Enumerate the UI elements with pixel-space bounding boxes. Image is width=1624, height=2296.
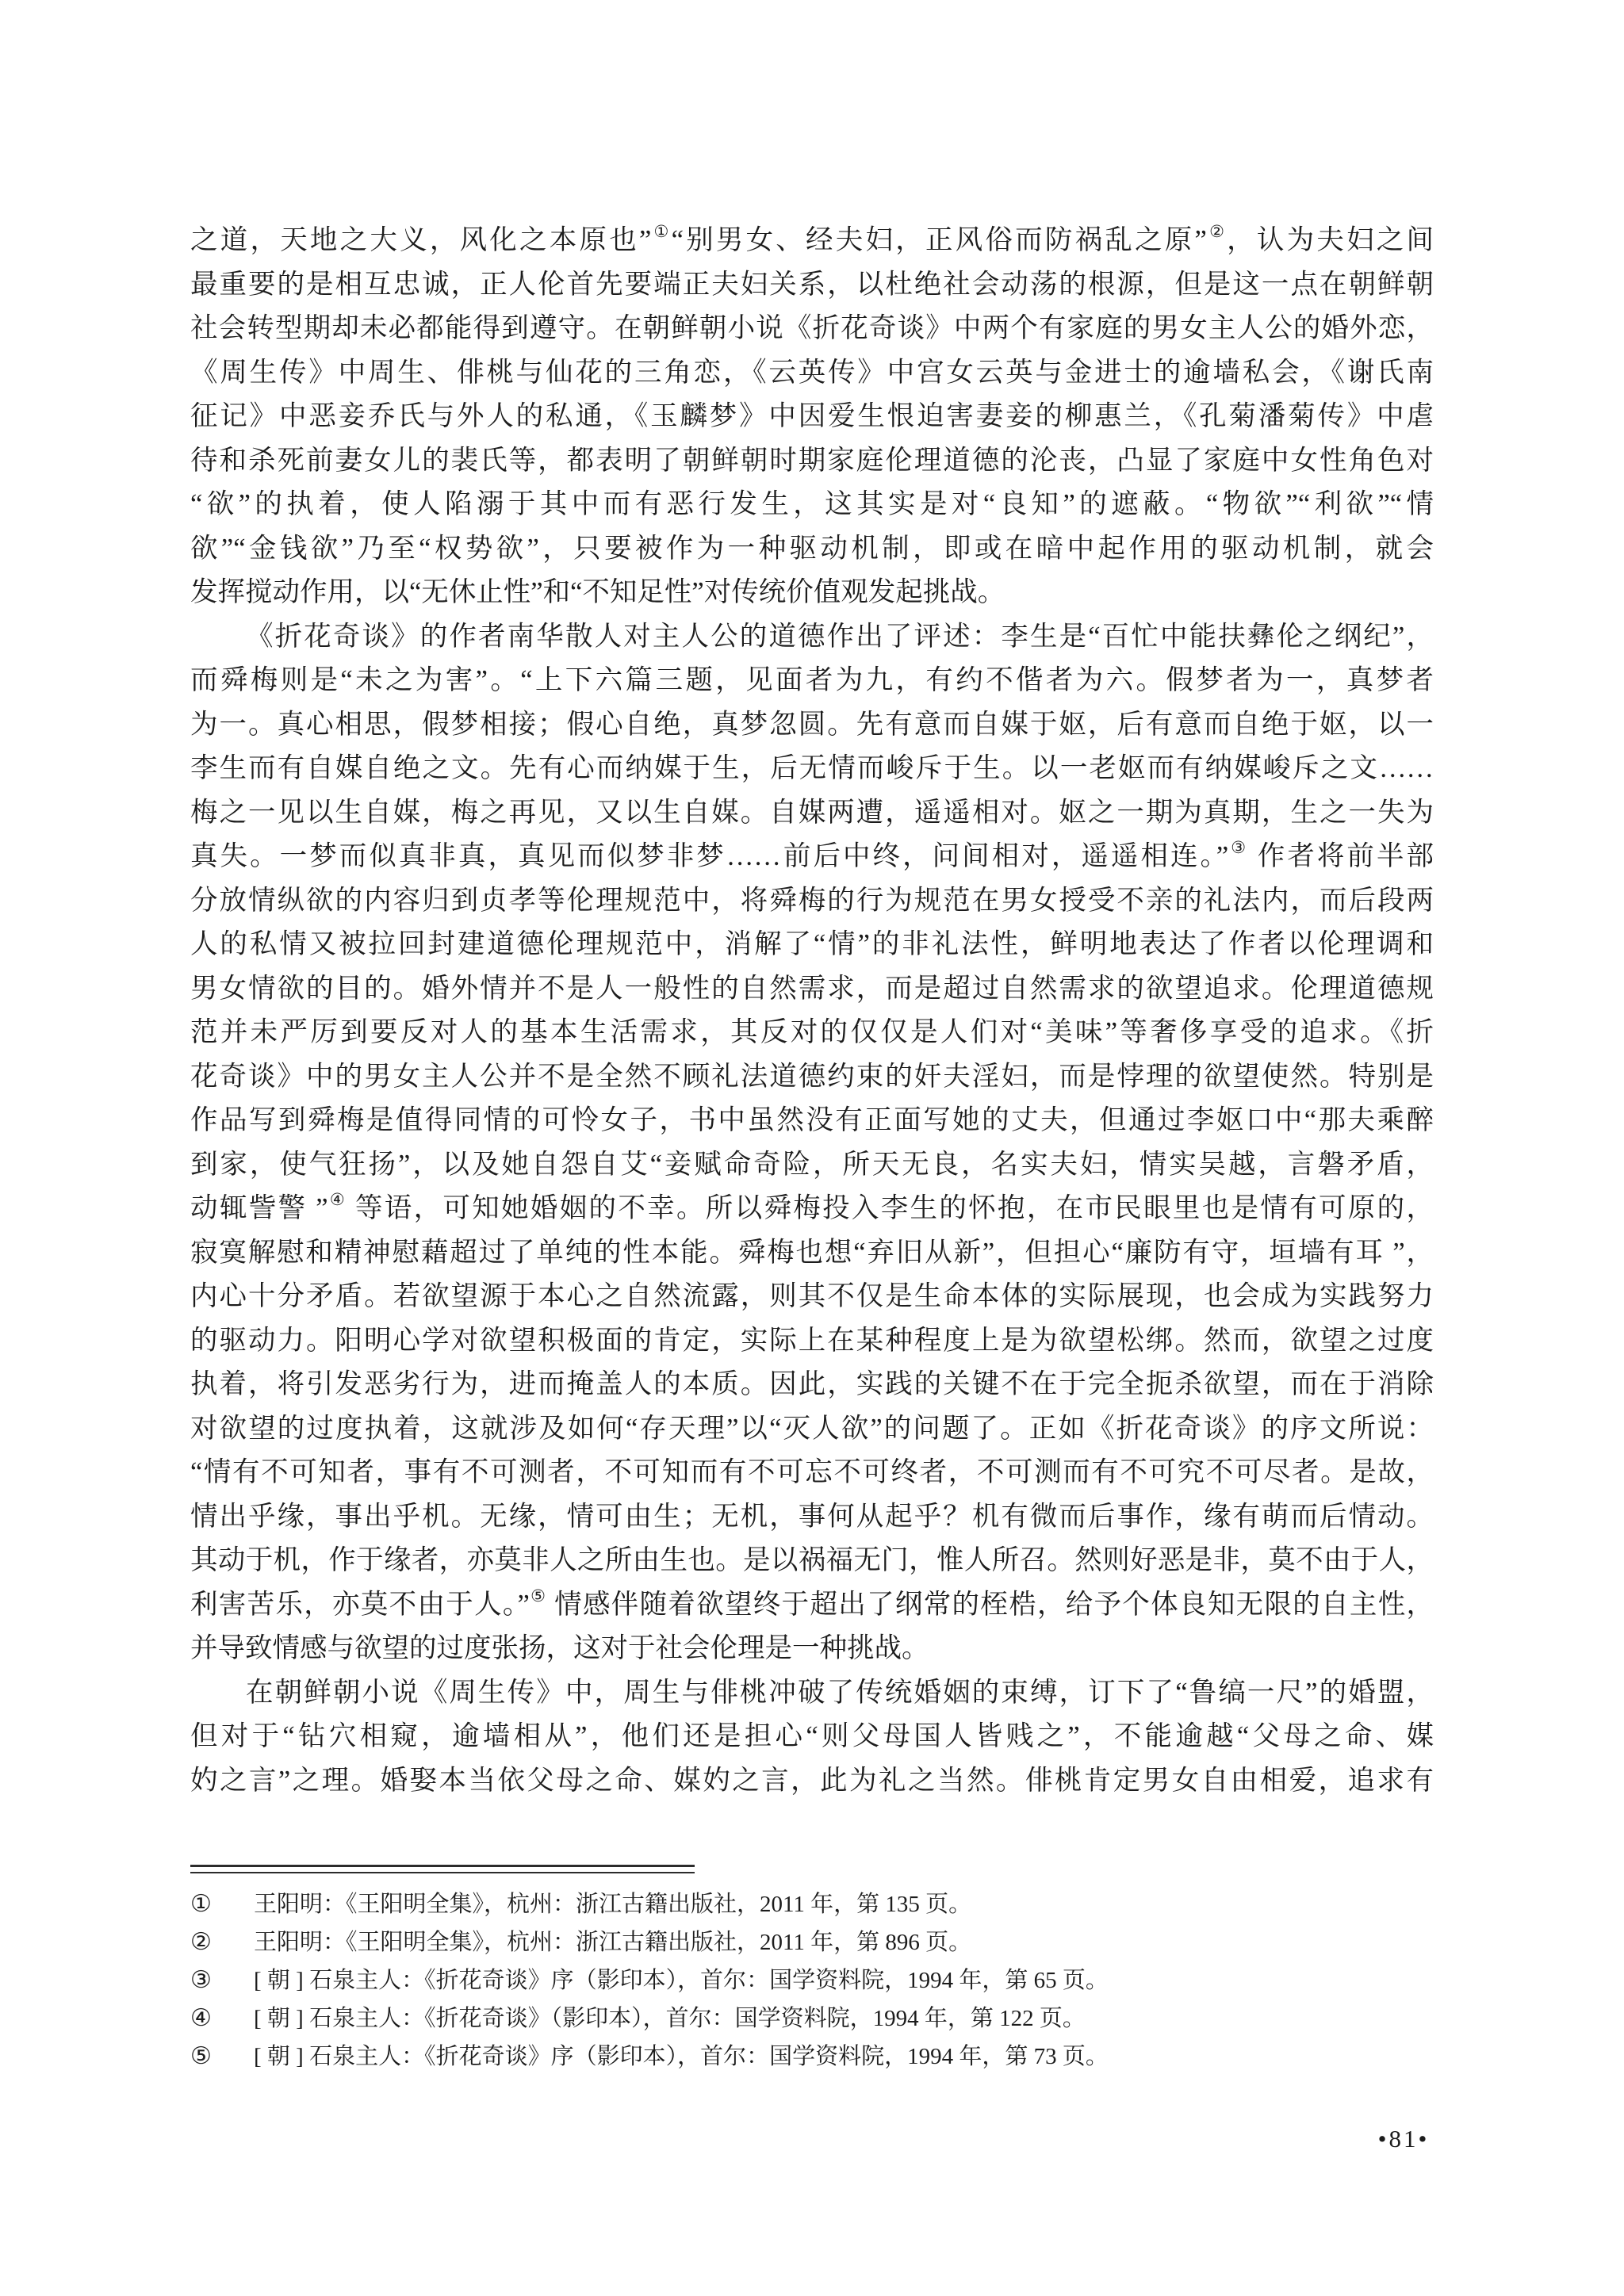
body-line: 《周生传》中周生、俳桃与仙花的三角恋，《云英传》中宫女云英与金进士的逾墙私会，《…	[190, 351, 1434, 396]
body-line: 真失。一梦而似真非真，真见而似梦非梦……前后中终，问间相对，遥遥相连。”③ 作者…	[190, 835, 1434, 879]
footnote-text: [ 朝 ] 石泉主人：《折花奇谈》（影印本），首尔：国学资料院，1994 年，第…	[254, 1999, 1434, 2038]
body-line: “欲”的执着，使人陷溺于其中而有恶行发生，这其实是对“良知”的遮蔽。“物欲”“利…	[190, 483, 1434, 527]
body-line: 之道，天地之大义，风化之本原也”①“别男女、经夫妇，正风俗而防祸乱之原”②，认为…	[190, 219, 1434, 263]
body-line: 李生而有自媒自绝之文。先有心而纳媒于生，后无情而峻斥于生。以一老妪而有纳媒峻斥之…	[190, 747, 1434, 791]
body-line: 梅之一见以生自媒，梅之再见，又以生自媒。自媒两遭，遥遥相对。妪之一期为真期，生之…	[190, 791, 1434, 836]
body-line: 而舜梅则是“未之为害”。“上下六篇三题，见面者为九，有约不偕者为六。假梦者为一，…	[190, 659, 1434, 703]
body-line: 动辄訾警 ”④ 等语，可知她婚姻的不幸。所以舜梅投入李生的怀抱，在市民眼里也是情…	[190, 1187, 1434, 1231]
body-line: 内心十分矛盾。若欲望源于本心之自然流露，则其不仅是生命本体的实际展现，也会成为实…	[190, 1275, 1434, 1319]
body-line: 欲”“金钱欲”乃至“权势欲”，只要被作为一种驱动机制，即或在暗中起作用的驱动机制…	[190, 527, 1434, 572]
footnote-ref: ①	[651, 222, 671, 241]
paragraph: 之道，天地之大义，风化之本原也”①“别男女、经夫妇，正风俗而防祸乱之原”②，认为…	[190, 219, 1434, 615]
page-number: •81•	[1340, 2125, 1467, 2153]
body-line: 寂寞解慰和精神慰藉超过了单纯的性本能。舜梅也想“弃旧从新”，但担心“廉防有守，垣…	[190, 1231, 1434, 1276]
body-line: 人的私情又被拉回封建道德伦理规范中，消解了“情”的非礼法性，鲜明地表达了作者以伦…	[190, 923, 1434, 967]
paragraph: 在朝鲜朝小说《周生传》中，周生与俳桃冲破了传统婚姻的束缚，订下了“鲁缟一尺”的婚…	[190, 1671, 1434, 1804]
footnote-text: [ 朝 ] 石泉主人：《折花奇谈》序（影印本），首尔：国学资料院，1994 年，…	[254, 1961, 1434, 1999]
body-line: 分放情纵欲的内容归到贞孝等伦理规范中，将舜梅的行为规范在男女授受不亲的礼法内，而…	[190, 879, 1434, 924]
body-line: 为一。真心相思，假梦相接；假心自绝，真梦忽圆。先有意而自媒于妪，后有意而自绝于妪…	[190, 703, 1434, 748]
body-line: 执着，将引发恶劣行为，进而掩盖人的本质。因此，实践的关键不在于完全扼杀欲望，而在…	[190, 1363, 1434, 1407]
body-line: 但对于“钻穴相窥，逾墙相从”，他们还是担心“则父母国人皆贱之”，不能逾越“父母之…	[190, 1715, 1434, 1759]
paragraph: 《折花奇谈》的作者南华散人对主人公的道德作出了评述：李生是“百忙中能扶彝伦之纲纪…	[190, 615, 1434, 1671]
body-line: 待和杀死前妻女儿的裴氏等，都表明了朝鲜朝时期家庭伦理道德的沦丧，凸显了家庭中女性…	[190, 439, 1434, 484]
body-line: 征记》中恶妾乔氏与外人的私通，《玉麟梦》中因爱生恨迫害妻妾的柳惠兰，《孔菊潘菊传…	[190, 395, 1434, 439]
footnote-marker: ①	[190, 1885, 228, 1923]
footnotes: ①王阳明：《王阳明全集》，杭州：浙江古籍出版社，2011 年，第 135 页。②…	[190, 1885, 1434, 2076]
footnote-ref: ④	[328, 1190, 347, 1209]
body-line: 社会转型期却未必都能得到遵守。在朝鲜朝小说《折花奇谈》中两个有家庭的男女主人公的…	[190, 307, 1434, 351]
footnote-item: ①王阳明：《王阳明全集》，杭州：浙江古籍出版社，2011 年，第 135 页。	[190, 1885, 1434, 1923]
body-line: 对欲望的过度执着，这就涉及如何“存天理”以“灭人欲”的问题了。正如《折花奇谈》的…	[190, 1407, 1434, 1452]
footnote-separator	[190, 1865, 695, 1873]
body-line: 最重要的是相互忠诚，正人伦首先要端正夫妇关系，以杜绝社会动荡的根源，但是这一点在…	[190, 263, 1434, 308]
body-line: 《折花奇谈》的作者南华散人对主人公的道德作出了评述：李生是“百忙中能扶彝伦之纲纪…	[190, 615, 1434, 660]
footnote-marker: ④	[190, 1999, 228, 2038]
body-line: 并导致情感与欲望的过度张扬，这对于社会伦理是一种挑战。	[190, 1627, 1434, 1671]
body-line: 利害苦乐，亦莫不由于人。”⑤ 情感伴随着欲望终于超出了纲常的桎梏，给予个体良知无…	[190, 1583, 1434, 1628]
footnote-marker: ⑤	[190, 2038, 228, 2076]
body-line: 的驱动力。阳明心学对欲望积极面的肯定，实际上在某种程度上是为欲望松绑。然而，欲望…	[190, 1319, 1434, 1364]
footnote-ref: ③	[1228, 838, 1248, 857]
footnote-text: [ 朝 ] 石泉主人：《折花奇谈》序（影印本），首尔：国学资料院，1994 年，…	[254, 2038, 1434, 2076]
footnote-text: 王阳明：《王阳明全集》，杭州：浙江古籍出版社，2011 年，第 896 页。	[254, 1923, 1434, 1961]
footnote-marker: ③	[190, 1961, 228, 1999]
body-line: 发挥搅动作用，以“无休止性”和“不知足性”对传统价值观发起挑战。	[190, 571, 1434, 615]
body-line: 到家，使气狂扬”，以及她自怨自艾“妾赋命奇险，所天无良，名实夫妇，情实吴越，言磐…	[190, 1143, 1434, 1188]
footnote-item: ②王阳明：《王阳明全集》，杭州：浙江古籍出版社，2011 年，第 896 页。	[190, 1923, 1434, 1961]
footnote-item: ④[ 朝 ] 石泉主人：《折花奇谈》（影印本），首尔：国学资料院，1994 年，…	[190, 1999, 1434, 2038]
footnote-ref: ⑤	[530, 1586, 546, 1605]
body-line: 花奇谈》中的男女主人公并不是全然不顾礼法道德约束的奸夫淫妇，而是悖理的欲望使然。…	[190, 1055, 1434, 1100]
footnote-item: ③[ 朝 ] 石泉主人：《折花奇谈》序（影印本），首尔：国学资料院，1994 年…	[190, 1961, 1434, 1999]
document-page: 之道，天地之大义，风化之本原也”①“别男女、经夫妇，正风俗而防祸乱之原”②，认为…	[0, 0, 1624, 2296]
body-line: 范并未严厉到要反对人的基本生活需求，其反对的仅仅是人们对“美味”等奢侈享受的追求…	[190, 1011, 1434, 1055]
body-line: 妁之言”之理。婚娶本当依父母之命、媒妁之言，此为礼之当然。俳桃肯定男女自由相爱，…	[190, 1759, 1434, 1804]
footnote-item: ⑤[ 朝 ] 石泉主人：《折花奇谈》序（影印本），首尔：国学资料院，1994 年…	[190, 2038, 1434, 2076]
body-line: “情有不可知者，事有不可测者，不可知而有不可忘不可终者，不可测而有不可究不可尽者…	[190, 1451, 1434, 1495]
article-body: 之道，天地之大义，风化之本原也”①“别男女、经夫妇，正风俗而防祸乱之原”②，认为…	[190, 219, 1434, 1803]
body-line: 情出乎缘，事出乎机。无缘，情可由生；无机，事何从起乎？机有微而后事作，缘有萌而后…	[190, 1495, 1434, 1540]
body-line: 其动于机，作于缘者，亦莫非人之所由生也。是以祸福无门，惟人所召。然则好恶是非，莫…	[190, 1539, 1434, 1583]
body-line: 男女情欲的目的。婚外情并不是人一般性的自然需求，而是超过自然需求的欲望追求。伦理…	[190, 967, 1434, 1012]
footnote-text: 王阳明：《王阳明全集》，杭州：浙江古籍出版社，2011 年，第 135 页。	[254, 1885, 1434, 1923]
footnote-marker: ②	[190, 1923, 228, 1961]
body-line: 作品写到舜梅是值得同情的可怜女子，书中虽然没有正面写她的丈夫，但通过李妪口中“那…	[190, 1099, 1434, 1143]
footnote-ref: ②	[1207, 222, 1227, 241]
body-line: 在朝鲜朝小说《周生传》中，周生与俳桃冲破了传统婚姻的束缚，订下了“鲁缟一尺”的婚…	[190, 1671, 1434, 1716]
